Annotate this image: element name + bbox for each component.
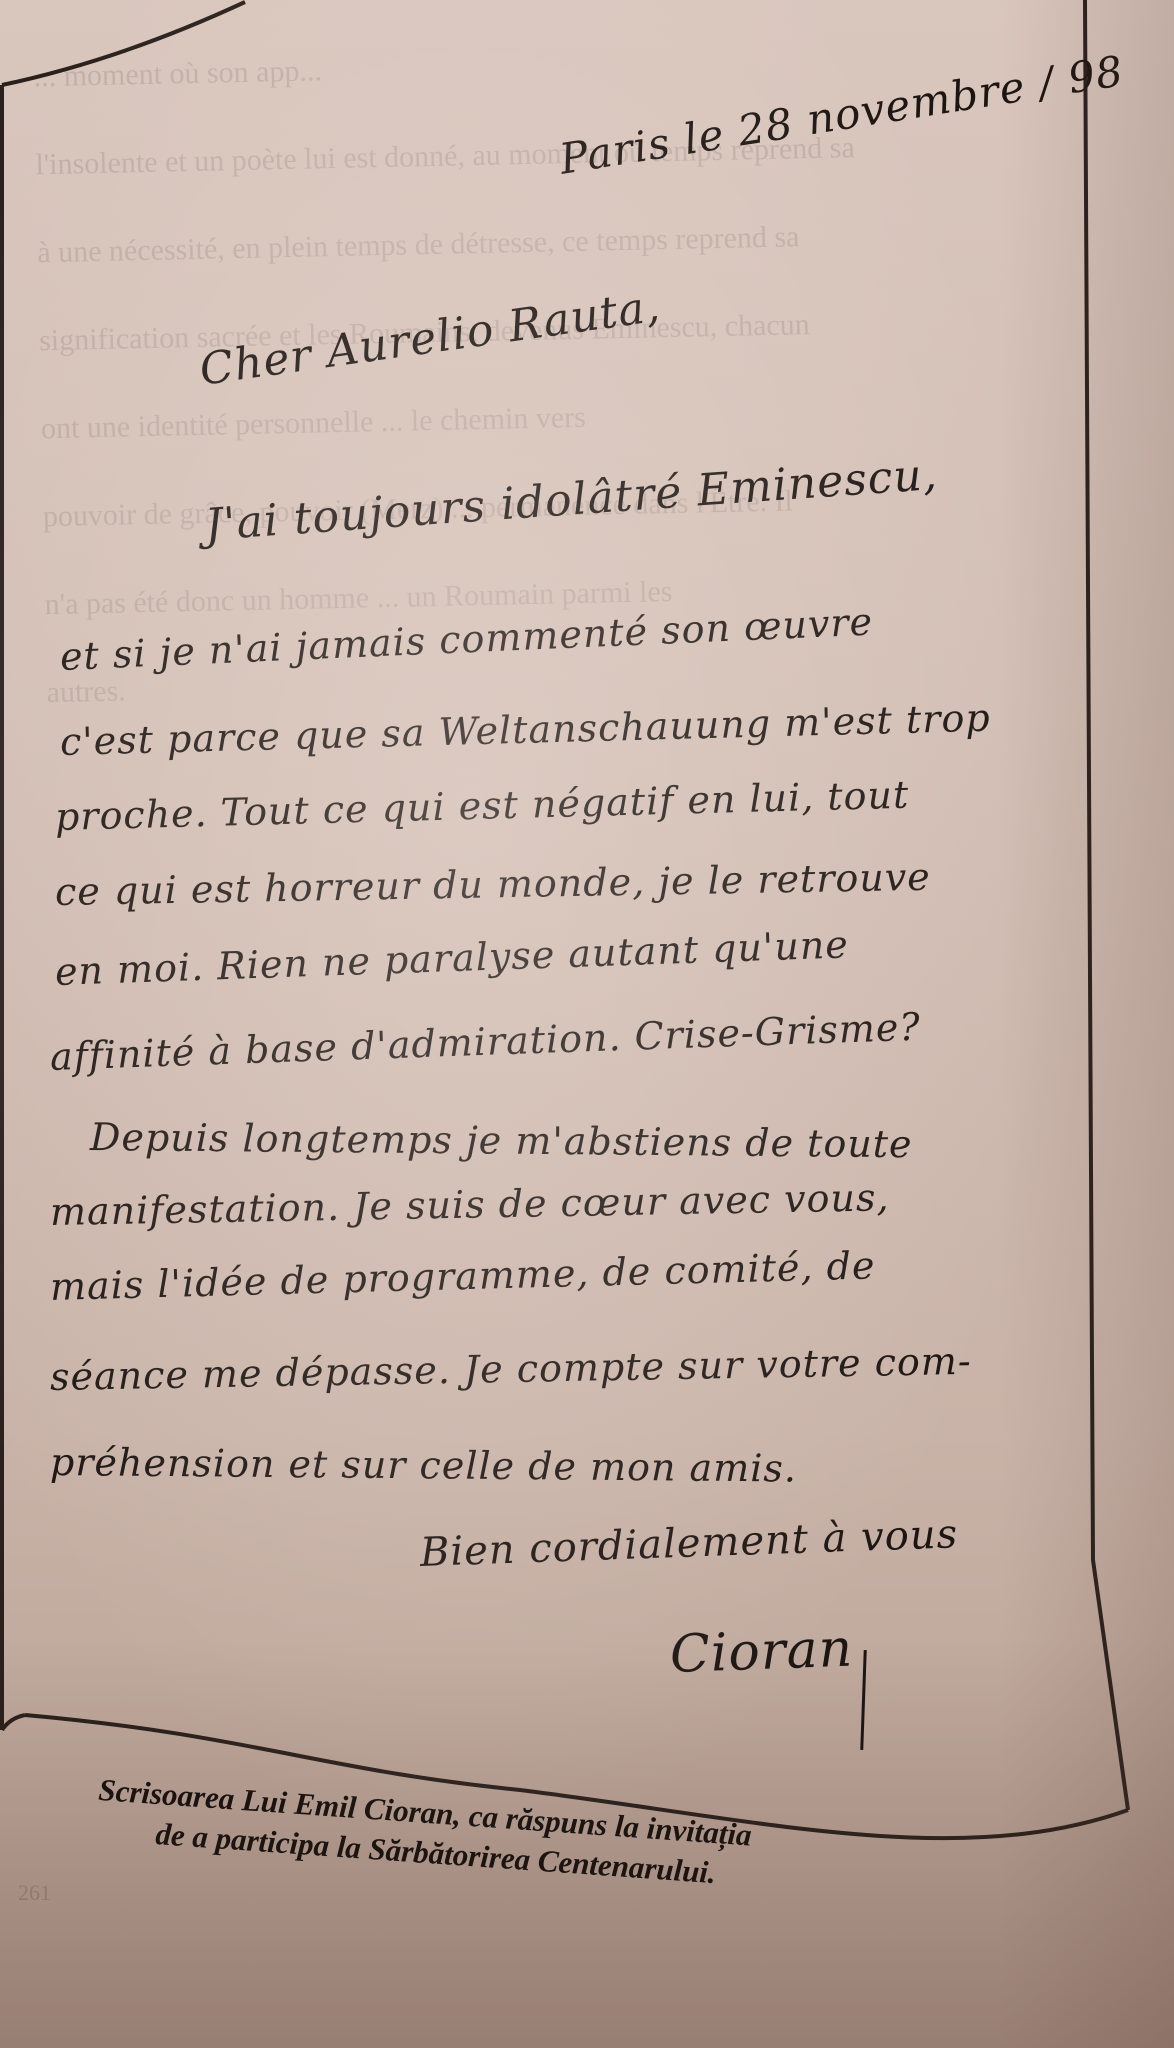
handwritten-letter: Paris le 28 novembre / 98 Cher Aurelio R… <box>0 0 1174 1800</box>
page-number: 261 <box>18 1880 51 1906</box>
letter-line: séance me dépasse. Je compte sur votre c… <box>50 1339 972 1399</box>
letter-line: J'ai toujours idolâtré Eminescu, <box>203 449 939 551</box>
letter-signature: Cioran <box>669 1619 854 1685</box>
letter-place-date: Paris le 28 novembre / 98 <box>556 46 1127 184</box>
letter-line: manifestation. Je suis de cœur avec vous… <box>50 1175 890 1234</box>
letter-line: c'est parce que sa Weltanschauung m'est … <box>59 696 991 764</box>
letter-line: proche. Tout ce qui est négatif en lui, … <box>54 773 909 839</box>
letter-line: mais l'idée de programme, de comité, de <box>49 1243 876 1309</box>
letter-line: affinité à base d'admiration. Crise-Gris… <box>49 1005 921 1079</box>
letter-salutation: Cher Aurelio Rauta, <box>196 281 663 396</box>
letter-line: ce qui est horreur du monde, je le retro… <box>55 855 931 914</box>
signature-stroke <box>860 1650 866 1750</box>
letter-line: et si je n'ai jamais commenté son œuvre <box>59 600 874 679</box>
letter-line: Depuis longtemps je m'abstiens de toute <box>90 1115 913 1166</box>
letter-line: préhension et sur celle de mon amis. <box>50 1440 797 1491</box>
letter-closing: Bien cordialement à vous <box>419 1511 959 1576</box>
letter-line: en moi. Rien ne paralyse autant qu'une <box>54 922 849 994</box>
